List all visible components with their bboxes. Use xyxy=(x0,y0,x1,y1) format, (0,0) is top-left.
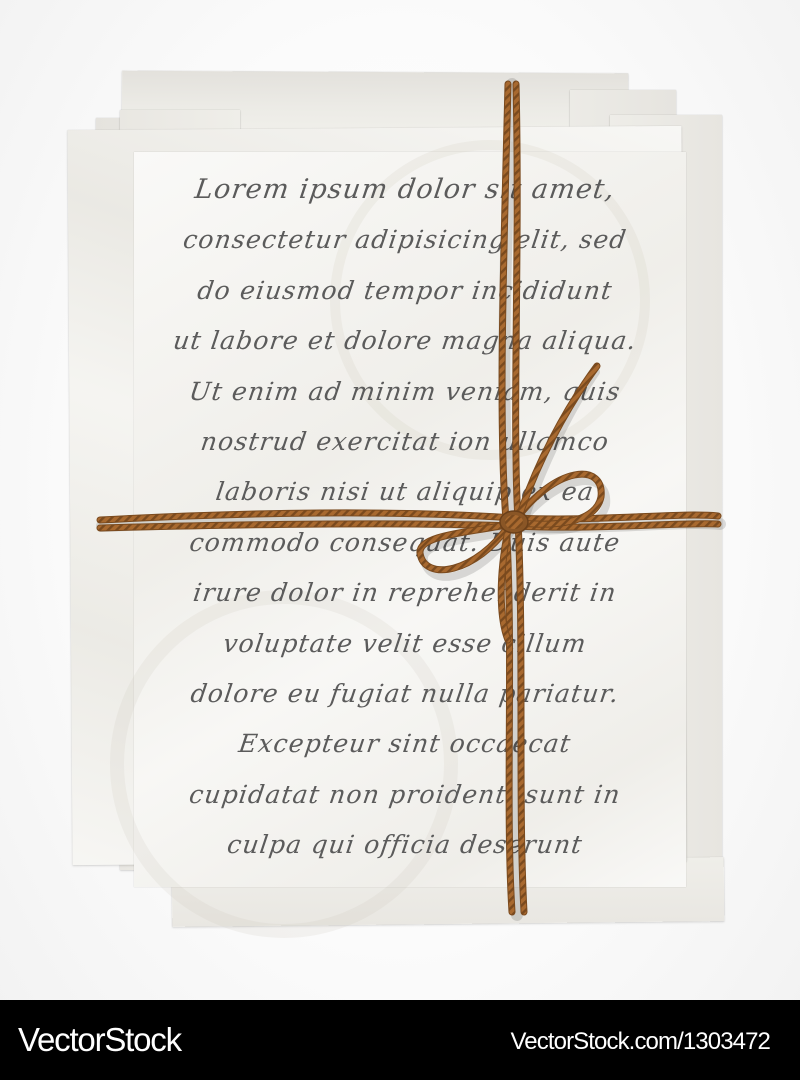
illustration-scene: Lorem ipsum dolor sit amet, consectetur … xyxy=(0,0,800,1000)
handwritten-line: Lorem ipsum dolor sit amet, xyxy=(156,165,653,215)
handwritten-line: laboris nisi ut aliquip ex ea xyxy=(156,467,653,517)
handwritten-text: Lorem ipsum dolor sit amet, consectetur … xyxy=(160,165,650,870)
handwritten-line: dolore eu fugiat nulla pariatur. xyxy=(156,669,653,719)
handwritten-line: culpa qui officia deserunt xyxy=(156,820,653,870)
handwritten-line: irure dolor in reprehenderit in xyxy=(156,568,653,618)
handwritten-line: ut labore et dolore magna aliqua. xyxy=(156,316,653,366)
watermark-url: VectorStock.com/1303472 xyxy=(511,1027,770,1057)
handwritten-line: consectetur adipisicing elit, sed xyxy=(156,215,653,265)
handwritten-line: nostrud exercitat ion ullamco xyxy=(156,417,653,467)
handwritten-line: Ut enim ad minim veniam, quis xyxy=(156,367,653,417)
handwritten-line: Excepteur sint occaecat xyxy=(156,719,653,769)
watermark-brand: VectorStock xyxy=(18,1020,181,1060)
handwritten-line: voluptate velit esse cillum xyxy=(156,619,653,669)
watermark-bar: VectorStock VectorStock.com/1303472 xyxy=(0,1000,800,1080)
handwritten-line: do eiusmod tempor incididunt xyxy=(156,266,653,316)
handwritten-line: cupidatat non proident, sunt in xyxy=(156,770,653,820)
handwritten-line: commodo consequat. Duis aute xyxy=(156,518,653,568)
